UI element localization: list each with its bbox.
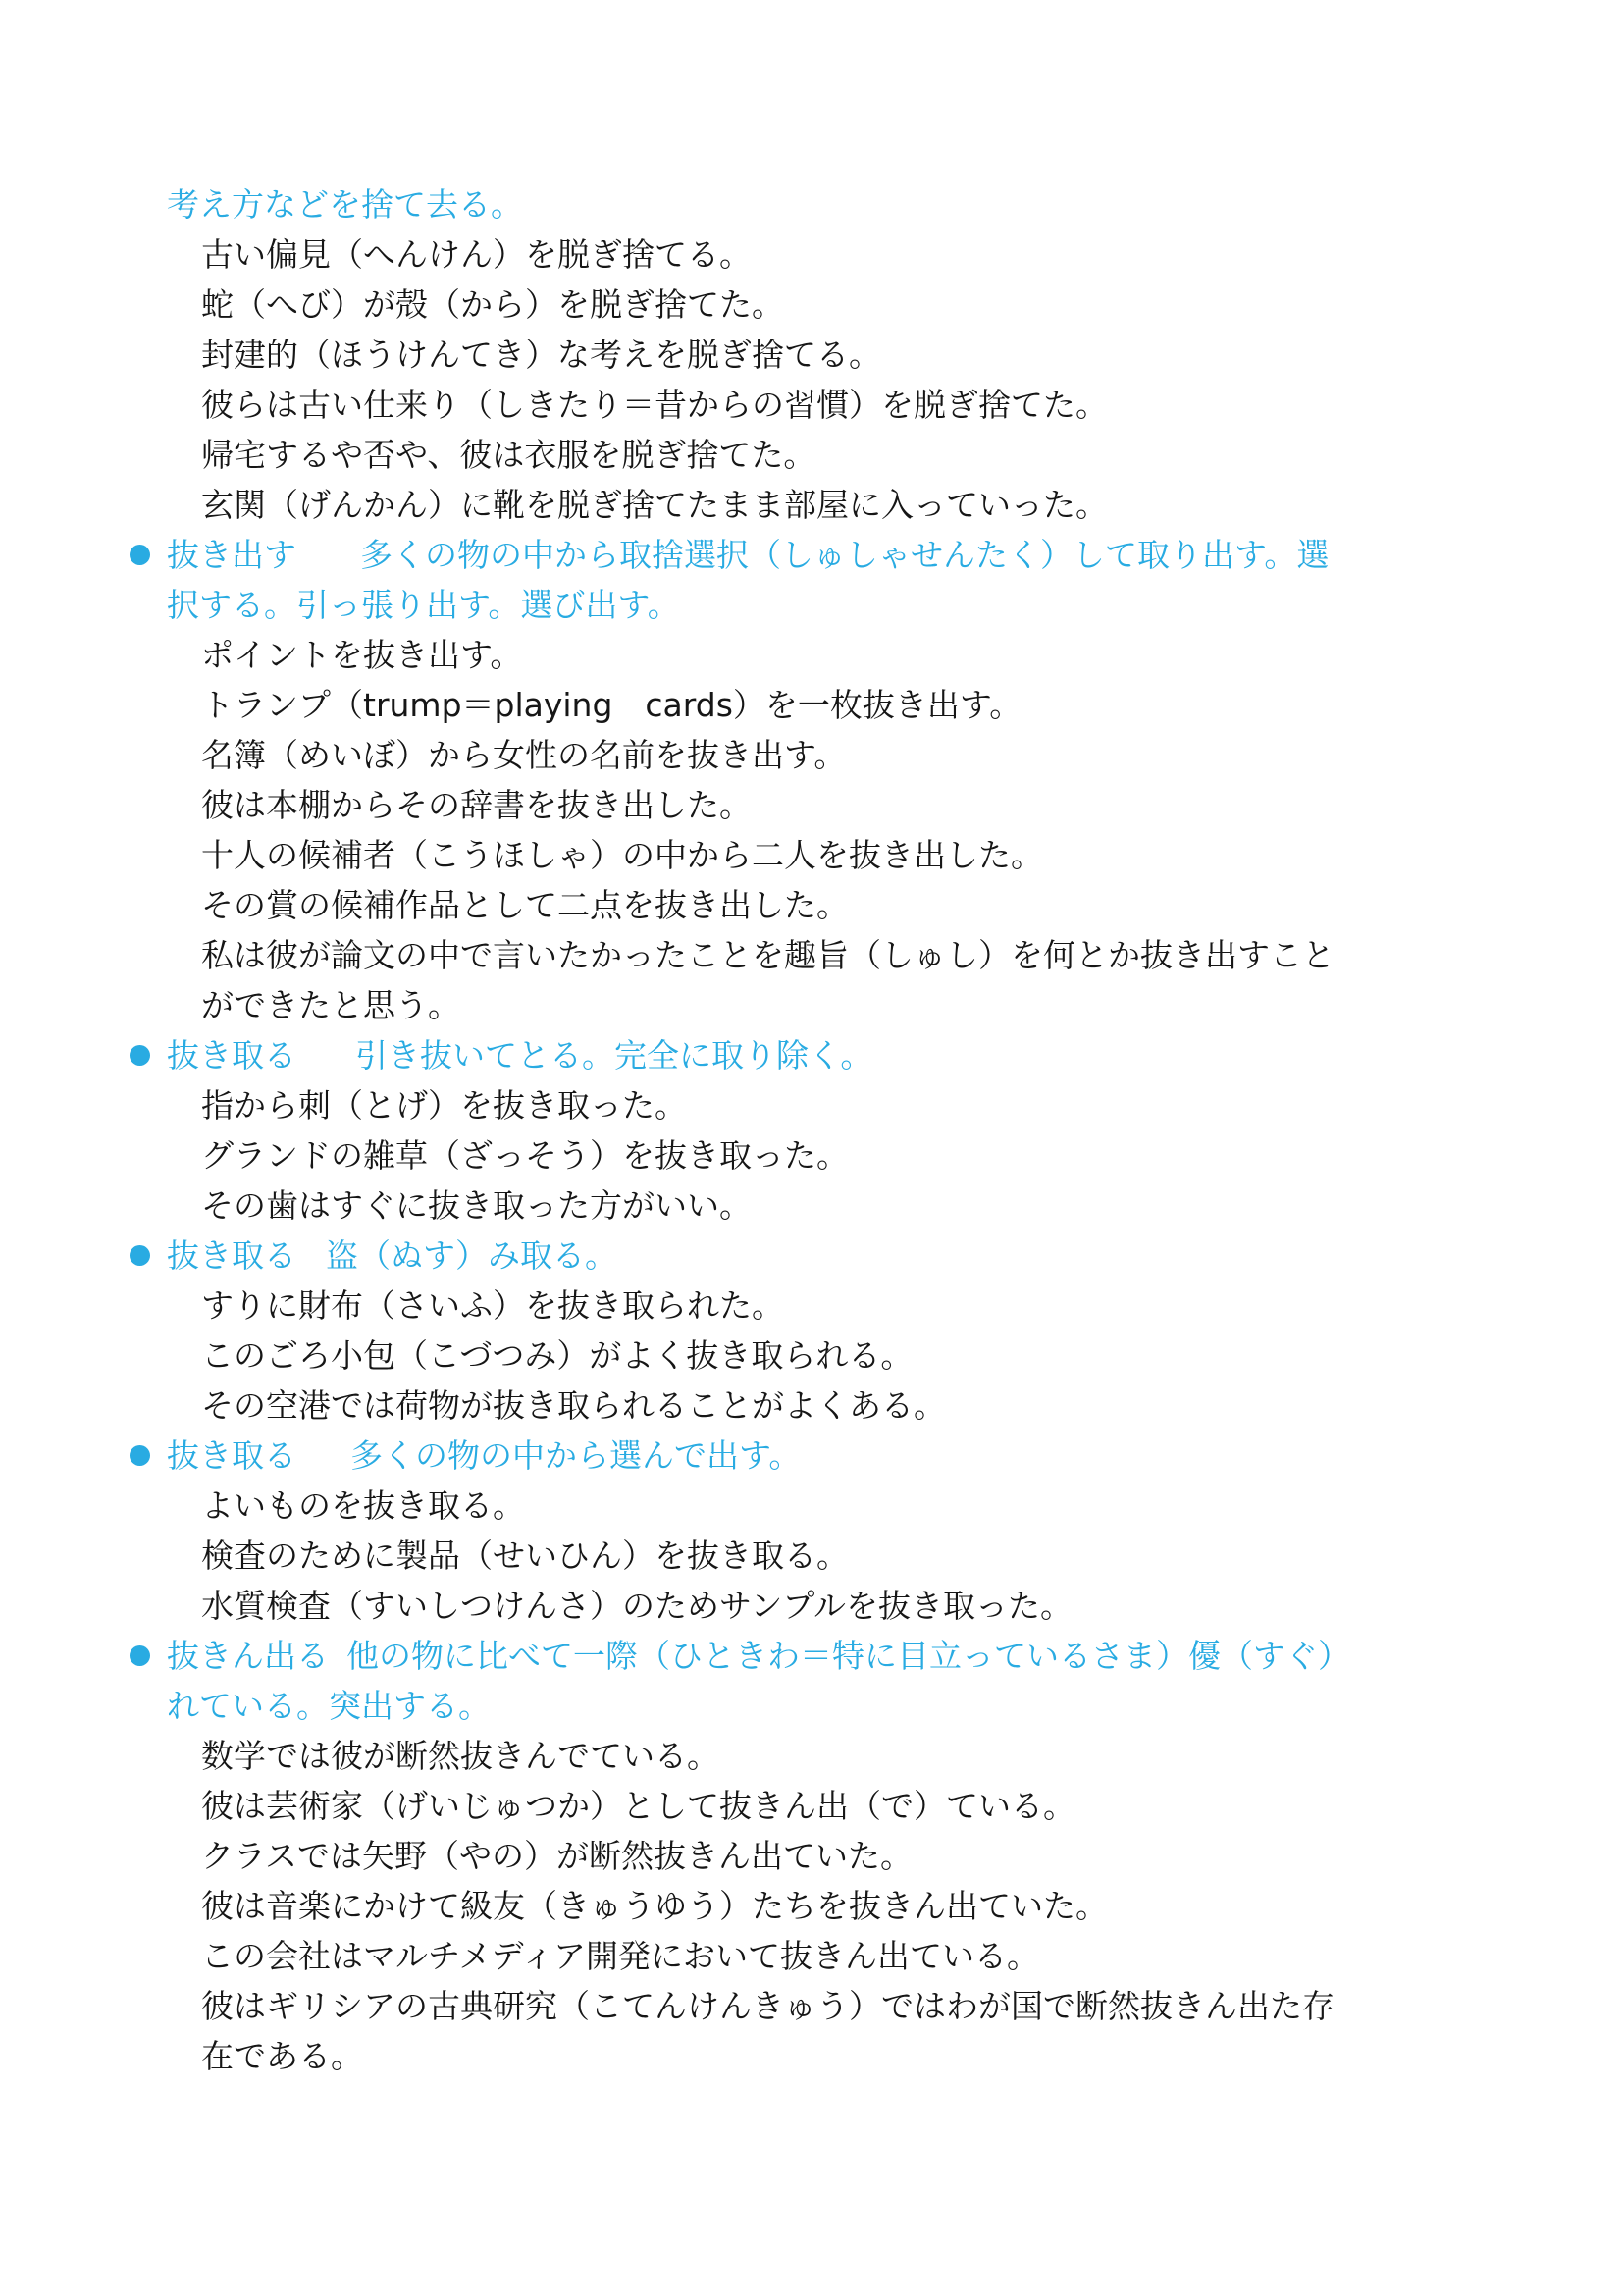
term-definition-gap [296, 1066, 355, 1067]
bullet-icon [130, 1045, 150, 1066]
bullet-icon [130, 1445, 150, 1466]
definition-heading: 抜きん出る他の物に比べて一際（ひときわ＝特に目立っているさま）優（すぐ）れている… [167, 1631, 1354, 1731]
term-definition-gap [296, 1466, 350, 1467]
example-sentence: 彼らは古い仕来り（しきたり＝昔からの習慣）を脱ぎ捨てた。 [201, 380, 1354, 430]
term-label: 抜き取る [167, 1036, 296, 1074]
definition-text: 盗（ぬす）み取る。 [326, 1236, 617, 1275]
example-sentence: その賞の候補作品として二点を抜き出した。 [201, 880, 1354, 930]
example-sentence: 十人の候補者（こうほしゃ）の中から二人を抜き出した。 [201, 830, 1354, 880]
example-sentence: よいものを抜き取る。 [201, 1481, 1354, 1531]
example-sentence: 彼はギリシアの古典研究（こてんけんきゅう）ではわが国で断然抜きん出た存在である。 [201, 1981, 1354, 2081]
definition-text: 多くの物の中から選んで出す。 [350, 1436, 801, 1475]
term-definition-gap [296, 1266, 326, 1267]
definition-section: 抜き取る盗（ぬす）み取る。 すりに財布（さいふ）を抜き取られた。 このごろ小包（… [167, 1230, 1354, 1431]
intro-section: 考え方などを捨て去る。 古い偏見（へんけん）を脱ぎ捨てる。 蛇（へび）が殻（から… [167, 180, 1354, 530]
example-sentence: 玄関（げんかん）に靴を脱ぎ捨てたまま部屋に入っていった。 [201, 480, 1354, 530]
example-sentence: クラスでは矢野（やの）が断然抜きん出ていた。 [201, 1831, 1354, 1881]
definition-section: 抜き取る引き抜いてとる。完全に取り除く。 指から刺（とげ）を抜き取った。 グラン… [167, 1030, 1354, 1230]
example-sentence: 水質検査（すいしつけんさ）のためサンプルを抜き取った。 [201, 1581, 1354, 1631]
bullet-icon [130, 1245, 150, 1266]
example-sentence: このごろ小包（こづつみ）がよく抜き取られる。 [201, 1331, 1354, 1381]
example-list: ポイントを抜き出す。 トランプ（trump＝playing cards）を一枚抜… [167, 630, 1354, 1030]
example-list: 数学では彼が断然抜きんでている。 彼は芸術家（げいじゅつか）として抜きん出（で）… [167, 1731, 1354, 2081]
example-list: すりに財布（さいふ）を抜き取られた。 このごろ小包（こづつみ）がよく抜き取られる… [167, 1280, 1354, 1431]
example-sentence: その歯はすぐに抜き取った方がいい。 [201, 1180, 1354, 1230]
document-page: 考え方などを捨て去る。 古い偏見（へんけん）を脱ぎ捨てる。 蛇（へび）が殻（から… [0, 0, 1624, 2296]
example-sentence: 彼は本棚からその辞書を抜き出した。 [201, 780, 1354, 830]
example-list: よいものを抜き取る。 検査のために製品（せいひん）を抜き取る。 水質検査（すいし… [167, 1481, 1354, 1631]
example-sentence: 指から刺（とげ）を抜き取った。 [201, 1080, 1354, 1130]
example-sentence: トランプ（trump＝playing cards）を一枚抜き出す。 [201, 680, 1354, 730]
term-label: 抜き出す [167, 536, 296, 574]
bullet-icon [130, 545, 150, 565]
example-sentence: 検査のために製品（せいひん）を抜き取る。 [201, 1531, 1354, 1581]
example-sentence: グランドの雑草（ざっそう）を抜き取った。 [201, 1130, 1354, 1180]
definition-section: 抜き取る多くの物の中から選んで出す。 よいものを抜き取る。 検査のために製品（せ… [167, 1431, 1354, 1631]
definition-heading: 抜き取る引き抜いてとる。完全に取り除く。 [167, 1030, 1354, 1080]
example-list: 指から刺（とげ）を抜き取った。 グランドの雑草（ざっそう）を抜き取った。 その歯… [167, 1080, 1354, 1230]
definition-text: 他の物に比べて一際（ひときわ＝特に目立っているさま）優（すぐ）れている。突出する… [167, 1637, 1350, 1725]
definition-text: 多くの物の中から取捨選択（しゅしゃせんたく）して取り出す。選択する。引っ張り出す… [167, 536, 1329, 624]
bullet-icon [130, 1645, 150, 1666]
page-content: 考え方などを捨て去る。 古い偏見（へんけん）を脱ぎ捨てる。 蛇（へび）が殻（から… [167, 180, 1354, 2081]
example-sentence: 蛇（へび）が殻（から）を脱ぎ捨てた。 [201, 280, 1354, 330]
term-label: 抜き取る [167, 1236, 296, 1275]
definition-heading: 抜き出す多くの物の中から取捨選択（しゅしゃせんたく）して取り出す。選択する。引っ… [167, 530, 1354, 630]
definition-section: 抜きん出る他の物に比べて一際（ひときわ＝特に目立っているさま）優（すぐ）れている… [167, 1631, 1354, 2081]
term-label: 抜き取る [167, 1436, 296, 1475]
example-sentence: 私は彼が論文の中で言いたかったことを趣旨（しゅし）を何とか抜き出すことができたと… [201, 930, 1354, 1030]
definition-text: 引き抜いてとる。完全に取り除く。 [355, 1036, 872, 1074]
definition-heading: 抜き取る盗（ぬす）み取る。 [167, 1230, 1354, 1280]
example-list: 古い偏見（へんけん）を脱ぎ捨てる。 蛇（へび）が殻（から）を脱ぎ捨てた。 封建的… [167, 230, 1354, 530]
example-sentence: 封建的（ほうけんてき）な考えを脱ぎ捨てる。 [201, 330, 1354, 380]
example-sentence: ポイントを抜き出す。 [201, 630, 1354, 680]
example-sentence: すりに財布（さいふ）を抜き取られた。 [201, 1280, 1354, 1331]
definition-section: 抜き出す多くの物の中から取捨選択（しゅしゃせんたく）して取り出す。選択する。引っ… [167, 530, 1354, 1030]
continued-definition-heading: 考え方などを捨て去る。 [167, 180, 1354, 230]
example-sentence: 名簿（めいぼ）から女性の名前を抜き出す。 [201, 730, 1354, 780]
term-definition-gap [296, 565, 360, 566]
example-sentence: 帰宅するや否や、彼は衣服を脱ぎ捨てた。 [201, 430, 1354, 480]
definition-heading: 抜き取る多くの物の中から選んで出す。 [167, 1431, 1354, 1481]
term-label: 抜きん出る [167, 1637, 329, 1675]
example-sentence: 数学では彼が断然抜きんでている。 [201, 1731, 1354, 1781]
example-sentence: この会社はマルチメディア開発において抜きん出ている。 [201, 1931, 1354, 1981]
example-sentence: 彼は芸術家（げいじゅつか）として抜きん出（で）ている。 [201, 1781, 1354, 1831]
term-definition-gap [329, 1666, 346, 1667]
example-sentence: 古い偏見（へんけん）を脱ぎ捨てる。 [201, 230, 1354, 280]
example-sentence: 彼は音楽にかけて級友（きゅうゆう）たちを抜きん出ていた。 [201, 1881, 1354, 1931]
example-sentence: その空港では荷物が抜き取られることがよくある。 [201, 1381, 1354, 1431]
